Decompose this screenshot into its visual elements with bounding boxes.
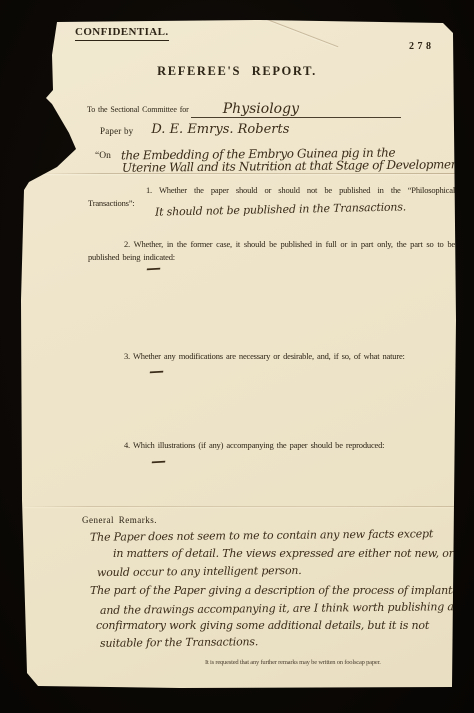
remarks-line: would occur to any intelligent person. xyxy=(97,564,302,579)
committee-value-handwritten: Physiology xyxy=(223,101,299,117)
question-4: 4. Which illustrations (if any) accompan… xyxy=(88,439,384,452)
remarks-line: The part of the Paper giving a descripti… xyxy=(90,584,474,597)
remarks-line: in matters of detail. The views expresse… xyxy=(113,547,454,560)
author-name-handwritten: D. E. Emrys. Roberts xyxy=(151,122,289,137)
scanned-document-view: CONFIDENTIAL. 278 REFEREE'S REPORT. To t… xyxy=(0,0,474,713)
paper-sheet: CONFIDENTIAL. 278 REFEREE'S REPORT. To t… xyxy=(0,0,474,713)
paper-title-lead: “On xyxy=(95,151,111,161)
footer-note: It is requested that any further remarks… xyxy=(205,659,381,666)
page-number: 278 xyxy=(409,41,435,52)
fold-crease-lower xyxy=(24,506,454,507)
remarks-line: The Paper does not seem to me to contain… xyxy=(90,527,433,544)
fold-crease-top xyxy=(228,4,339,47)
general-remarks-heading: General Remarks. xyxy=(82,515,157,525)
question-4-answer-dash: — xyxy=(151,452,166,471)
question-3-answer-dash: — xyxy=(149,362,164,381)
paper-title-handwritten-2: Uterine Wall and its Nutrition at that S… xyxy=(122,157,468,175)
report-title: REFEREE'S REPORT. xyxy=(0,64,474,79)
confidential-stamp: CONFIDENTIAL. xyxy=(75,26,169,41)
committee-line: To the Sectional Committee forPhysiology xyxy=(87,99,401,118)
paper-by-label: Paper by xyxy=(100,126,133,136)
question-2: 2. Whether, in the former case, it shoul… xyxy=(88,238,455,263)
question-3: 3. Whether any modifications are necessa… xyxy=(88,350,405,363)
remarks-line: confirmatory work giving some additional… xyxy=(96,619,429,632)
remarks-line: and the drawings accompanying it, are I … xyxy=(100,600,459,617)
remarks-line: suitable for the Transactions. xyxy=(100,635,258,650)
question-2-answer-dash: — xyxy=(146,259,161,278)
paper-by-line: Paper by D. E. Emrys. Roberts xyxy=(100,121,289,139)
committee-label: To the Sectional Committee for xyxy=(87,105,189,114)
committee-rule-line: Physiology xyxy=(191,99,401,118)
